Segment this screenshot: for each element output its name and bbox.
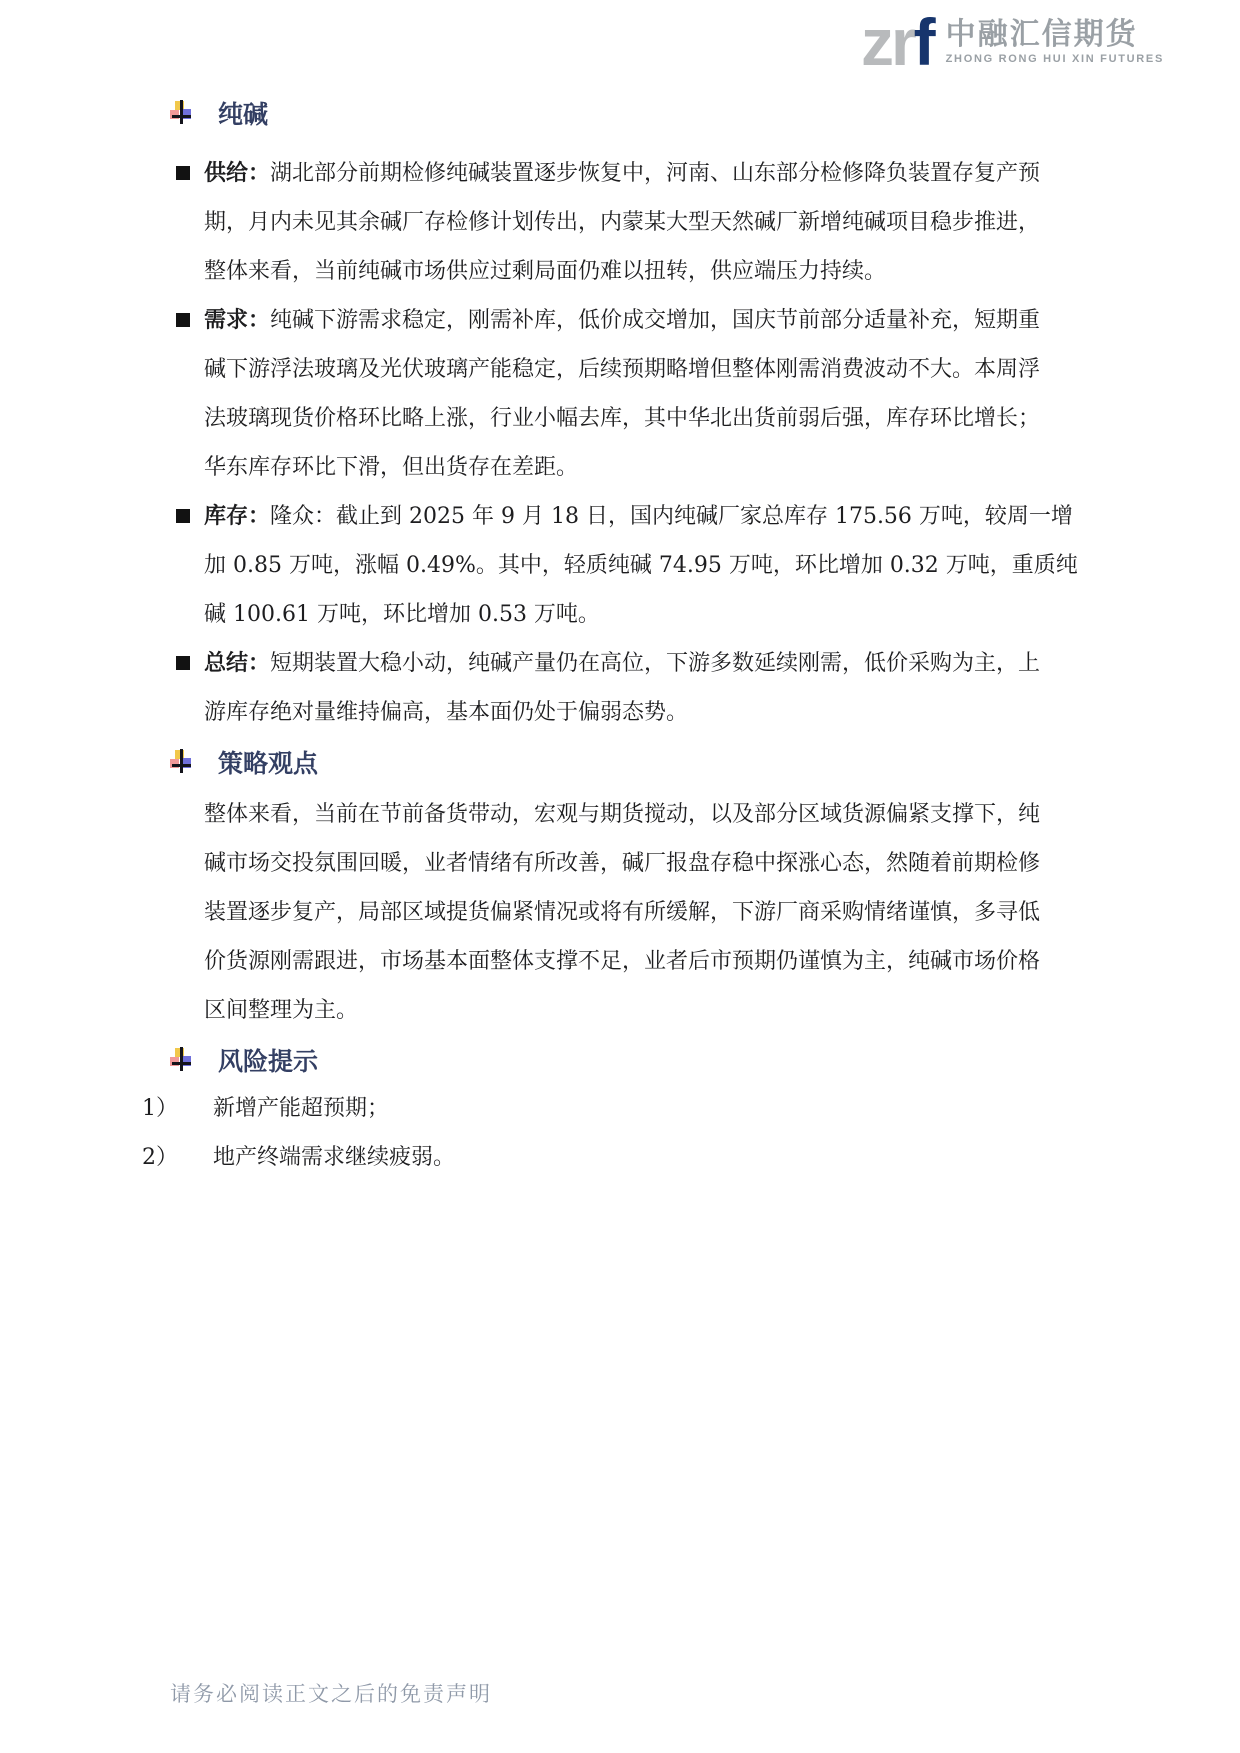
- bullet-label: 需求：: [204, 307, 270, 333]
- flag-bullet-icon: [170, 749, 192, 774]
- section-title: 风险提示: [218, 1042, 318, 1078]
- paragraph-line: 价货源刚需跟进，市场基本面整体支撑不足，业者后市预期仍谨慎为主，纯碱市场价格: [204, 937, 1082, 986]
- bullet-line: 期，月内未见其余碱厂存检修计划传出，内蒙某大型天然碱厂新增纯碱项目稳步推进，: [204, 198, 1082, 247]
- bullet-line: 游库存绝对量维持偏高，基本面仍处于偏弱态势。: [204, 688, 1082, 737]
- bullet-label: 库存：: [204, 503, 270, 529]
- risk-item-text: 新增产能超预期；: [213, 1084, 389, 1133]
- risk-item-number: 2）: [142, 1133, 213, 1182]
- risk-item-2: 2） 地产终端需求继续疲弱。: [142, 1133, 1082, 1182]
- bullet-line: 法玻璃现货价格环比略上涨，行业小幅去库，其中华北出货前弱后强，库存环比增长；: [204, 394, 1082, 443]
- bullet-text: 短期装置大稳小动，纯碱产量仍在高位，下游多数延续刚需，低价采购为主，上: [270, 651, 1040, 676]
- report-content: 纯碱 供给：湖北部分前期检修纯碱装置逐步恢复中，河南、山东部分检修降负装置存复产…: [170, 88, 1082, 1182]
- risk-item-number: 1）: [142, 1084, 213, 1133]
- report-page: zrf 中融汇信期货 ZHONG RONG HUI XIN FUTURES 纯碱…: [0, 0, 1240, 1753]
- risk-item-text: 地产终端需求继续疲弱。: [213, 1133, 455, 1182]
- square-bullet-icon: [176, 166, 190, 180]
- bullet-line: 需求：纯碱下游需求稳定，刚需补库，低价成交增加，国庆节前部分适量补充，短期重: [204, 296, 1082, 345]
- paragraph-line: 整体来看，当前在节前备货带动，宏观与期货搅动，以及部分区域货源偏紧支撑下，纯: [204, 790, 1082, 839]
- bullet-line: 碱 100.61 万吨，环比增加 0.53 万吨。: [204, 590, 1082, 639]
- flag-bullet-icon: [170, 100, 192, 125]
- zrf-logo-mark: zrf: [861, 16, 933, 68]
- bullet-text: 纯碱下游需求稳定，刚需补库，低价成交增加，国庆节前部分适量补充，短期重: [270, 308, 1040, 333]
- bullet-line: 总结：短期装置大稳小动，纯碱产量仍在高位，下游多数延续刚需，低价采购为主，上: [204, 639, 1082, 688]
- bullet-label: 供给：: [204, 160, 270, 186]
- bullet-line: 供给：湖北部分前期检修纯碱装置逐步恢复中，河南、山东部分检修降负装置存复产预: [204, 149, 1082, 198]
- logo-letter-f: f: [914, 5, 933, 79]
- paragraph-line: 装置逐步复产，局部区域提货偏紧情况或将有所缓解，下游厂商采购情绪谨慎，多寻低: [204, 888, 1082, 937]
- risk-item-1: 1） 新增产能超预期；: [142, 1084, 1082, 1133]
- section-heading-strategy: 策略观点: [170, 737, 1082, 786]
- logo-text-block: 中融汇信期货 ZHONG RONG HUI XIN FUTURES: [946, 19, 1164, 69]
- bullet-supply: 供给：湖北部分前期检修纯碱装置逐步恢复中，河南、山东部分检修降负装置存复产预 期…: [170, 149, 1082, 296]
- bullet-line: 整体来看，当前纯碱市场供应过剩局面仍难以扭转，供应端压力持续。: [204, 247, 1082, 296]
- flag-bullet-icon: [170, 1047, 192, 1072]
- section-title: 策略观点: [218, 744, 318, 780]
- square-bullet-icon: [176, 656, 190, 670]
- bullet-text: 湖北部分前期检修纯碱装置逐步恢复中，河南、山东部分检修降负装置存复产预: [270, 161, 1040, 186]
- paragraph-line: 区间整理为主。: [204, 986, 1082, 1035]
- bullet-line: 加 0.85 万吨，涨幅 0.49%。其中，轻质纯碱 74.95 万吨，环比增加…: [204, 541, 1082, 590]
- bullet-line: 华东库存环比下滑，但出货存在差距。: [204, 443, 1082, 492]
- bullet-inventory: 库存：隆众：截止到 2025 年 9 月 18 日，国内纯碱厂家总库存 175.…: [170, 492, 1082, 639]
- section-title: 纯碱: [218, 95, 268, 131]
- bullet-label: 总结：: [204, 650, 270, 676]
- logo-letters-zr: zr: [861, 5, 914, 79]
- bullet-text: 隆众：截止到 2025 年 9 月 18 日，国内纯碱厂家总库存 175.56 …: [270, 504, 1073, 529]
- footer-disclaimer: 请务必阅读正文之后的免责声明: [170, 1678, 492, 1708]
- section-heading-risks: 风险提示: [170, 1035, 1082, 1084]
- square-bullet-icon: [176, 313, 190, 327]
- strategy-paragraph: 整体来看，当前在节前备货带动，宏观与期货搅动，以及部分区域货源偏紧支撑下，纯 碱…: [170, 790, 1082, 1035]
- bullet-line: 库存：隆众：截止到 2025 年 9 月 18 日，国内纯碱厂家总库存 175.…: [204, 492, 1082, 541]
- bullet-summary: 总结：短期装置大稳小动，纯碱产量仍在高位，下游多数延续刚需，低价采购为主，上 游…: [170, 639, 1082, 737]
- section-heading-soda-ash: 纯碱: [170, 88, 1082, 137]
- company-logo: zrf 中融汇信期货 ZHONG RONG HUI XIN FUTURES: [861, 16, 1164, 68]
- bullet-line: 碱下游浮法玻璃及光伏玻璃产能稳定，后续预期略增但整体刚需消费波动不大。本周浮: [204, 345, 1082, 394]
- company-name-en: ZHONG RONG HUI XIN FUTURES: [946, 53, 1164, 65]
- paragraph-line: 碱市场交投氛围回暖，业者情绪有所改善，碱厂报盘存稳中探涨心态，然随着前期检修: [204, 839, 1082, 888]
- bullet-demand: 需求：纯碱下游需求稳定，刚需补库，低价成交增加，国庆节前部分适量补充，短期重 碱…: [170, 296, 1082, 492]
- company-name-cn: 中融汇信期货: [946, 19, 1164, 51]
- square-bullet-icon: [176, 509, 190, 523]
